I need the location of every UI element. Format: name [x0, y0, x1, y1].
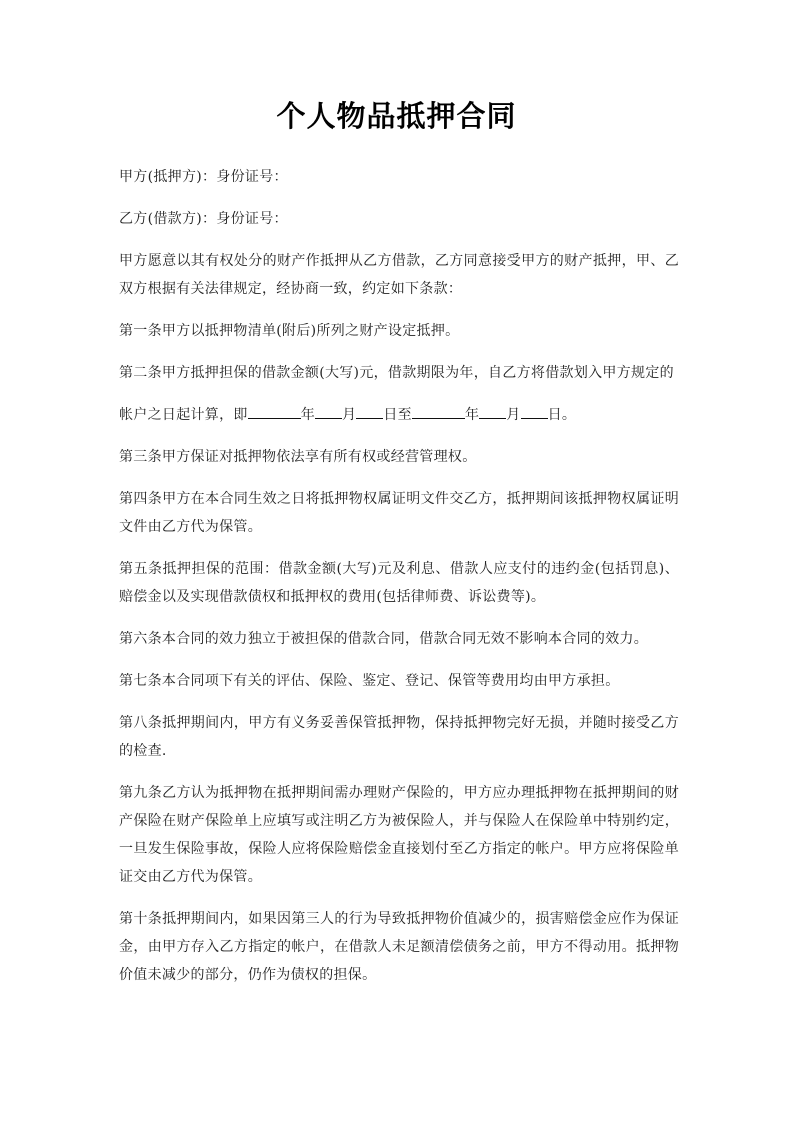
article-9: 第九条乙方认为抵押物在抵押期间需办理财产保险的，甲方应办理抵押物在抵押期间的财产… — [119, 779, 679, 891]
party-b-line: 乙方(借款方)：身份证号： — [119, 205, 679, 233]
article-4: 第四条甲方在本合同生效之日将抵押物权属证明文件交乙方，抵押期间该抵押物权属证明文… — [119, 485, 679, 541]
document-body: 甲方(抵押方)：身份证号： 乙方(借款方)：身份证号： 甲方愿意以其有权处分的财… — [119, 163, 679, 1003]
preamble: 甲方愿意以其有权处分的财产作抵押从乙方借款，乙方同意接受甲方的财产抵押，甲、乙双… — [119, 247, 679, 303]
loan-period-date-line: 帐户之日起计算，即年月日至年月日。 — [119, 401, 679, 429]
month-label-2: 月 — [506, 407, 520, 423]
article-2: 第二条甲方抵押担保的借款金额(大写)元，借款期限为年，自乙方将借款划入甲方规定的 — [119, 359, 679, 387]
article-8: 第八条抵押期间内，甲方有义务妥善保管抵押物，保持抵押物完好无损，并随时接受乙方的… — [119, 709, 679, 765]
year-label-2: 年 — [465, 407, 479, 423]
start-year-blank[interactable] — [248, 403, 301, 419]
year-label-1: 年 — [301, 407, 315, 423]
document-page: 个人物品抵押合同 甲方(抵押方)：身份证号： 乙方(借款方)：身份证号： 甲方愿… — [0, 0, 793, 1122]
end-year-blank[interactable] — [412, 403, 465, 419]
month-label-1: 月 — [342, 407, 356, 423]
end-month-blank[interactable] — [479, 403, 506, 419]
article-3: 第三条甲方保证对抵押物依法享有所有权或经营管理权。 — [119, 443, 679, 471]
article-1: 第一条甲方以抵押物清单(附后)所列之财产设定抵押。 — [119, 317, 679, 345]
article-6: 第六条本合同的效力独立于被担保的借款合同，借款合同无效不影响本合同的效力。 — [119, 625, 679, 653]
document-title: 个人物品抵押合同 — [0, 94, 793, 135]
article-7: 第七条本合同项下有关的评估、保险、鉴定、登记、保管等费用均由甲方承担。 — [119, 667, 679, 695]
party-a-line: 甲方(抵押方)：身份证号： — [119, 163, 679, 191]
article-5: 第五条抵押担保的范围：借款金额(大写)元及利息、借款人应支付的违约金(包括罚息)… — [119, 555, 679, 611]
start-month-blank[interactable] — [315, 403, 342, 419]
article-10: 第十条抵押期间内，如果因第三人的行为导致抵押物价值减少的，损害赔偿金应作为保证金… — [119, 905, 679, 989]
day-to-label: 日至 — [383, 407, 412, 423]
start-day-blank[interactable] — [356, 403, 383, 419]
date-line-prefix: 帐户之日起计算，即 — [119, 407, 248, 423]
day-end-label: 日。 — [548, 407, 577, 423]
end-day-blank[interactable] — [521, 403, 548, 419]
